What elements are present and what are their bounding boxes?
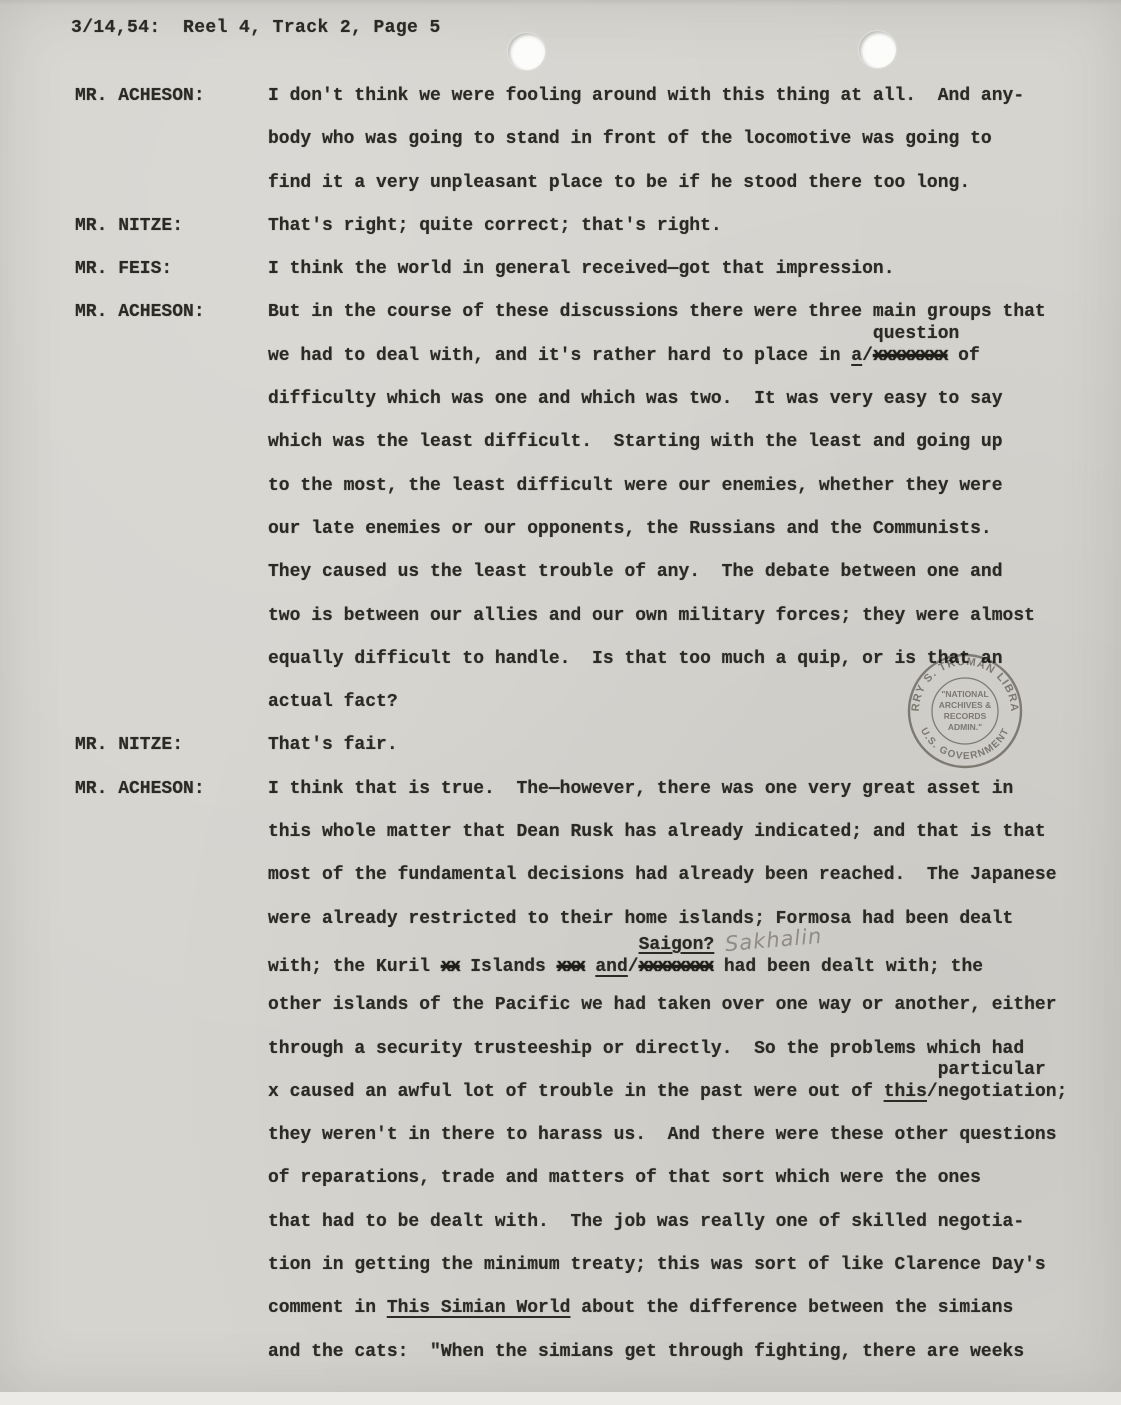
text-segment: particular [938, 1060, 1046, 1080]
line-text: most of the fundamental decisions had al… [268, 865, 1067, 908]
speaker-label: MR. ACHESON: [75, 779, 268, 822]
text-segment: and [595, 957, 627, 977]
text-segment: about the difference between the simians [570, 1298, 1013, 1318]
transcript-line: comment in This Simian World about the d… [75, 1298, 1067, 1341]
line-text: they weren't in there to harass us. And … [268, 1125, 1067, 1168]
text-segment: which was the least difficult. Starting … [268, 432, 1003, 452]
line-text: our late enemies or our opponents, the R… [268, 519, 1067, 562]
scanner-bed-strip [0, 1392, 1121, 1405]
speaker-label [75, 649, 268, 692]
transcript-line: tion in getting the minimum treaty; this… [75, 1255, 1067, 1298]
transcript-line: of reparations, trade and matters of tha… [75, 1168, 1067, 1211]
struck-out-text: xx [441, 957, 460, 977]
text-segment: / [862, 346, 873, 366]
text-segment: were already restricted to their home is… [268, 909, 1013, 929]
speaker-label [75, 952, 268, 995]
speaker-label: MR. ACHESON: [75, 302, 268, 345]
paper-sheet: 3/14,54: Reel 4, Track 2, Page 5 MR. ACH… [0, 0, 1121, 1392]
speaker-label [75, 692, 268, 735]
transcript-line: difficulty which was one and which was t… [75, 389, 1067, 432]
speaker-label [75, 562, 268, 605]
text-segment: had been dealt with; the [713, 957, 983, 977]
text-segment [714, 935, 725, 955]
line-text: tion in getting the minimum treaty; this… [268, 1255, 1067, 1298]
line-text: of reparations, trade and matters of tha… [268, 1168, 1067, 1211]
text-segment: that had to be dealt with. The job was r… [268, 1212, 1024, 1232]
speaker-label [75, 519, 268, 562]
speaker-label [75, 129, 268, 172]
text-segment: they weren't in there to harass us. And … [268, 1125, 1057, 1145]
transcript-line: find it a very unpleasant place to be if… [75, 173, 1067, 216]
line-text: find it a very unpleasant place to be if… [268, 173, 1067, 216]
speaker-label [75, 1255, 268, 1298]
text-segment [585, 957, 596, 977]
transcript-line: MR. NITZE:That's right; quite correct; t… [75, 216, 1067, 259]
text-segment: Islands [459, 957, 556, 977]
text-segment: of [947, 346, 979, 366]
speaker-label [75, 1212, 268, 1255]
punch-hole-left [508, 33, 545, 70]
struck-out-text: xxxxxxxx [873, 346, 947, 366]
text-segment: That's right; quite correct; that's righ… [268, 216, 722, 236]
text-segment: x caused an awful lot of trouble in the … [268, 1082, 884, 1102]
transcript-line: to the most, the least difficult were ou… [75, 476, 1067, 519]
transcript-line: other islands of the Pacific we had take… [75, 995, 1067, 1038]
speaker-label [75, 476, 268, 519]
text-segment: this whole matter that Dean Rusk has alr… [268, 822, 1046, 842]
line-text: which was the least difficult. Starting … [268, 432, 1067, 475]
text-segment: find it a very unpleasant place to be if… [268, 173, 970, 193]
line-text: They caused us the least trouble of any.… [268, 562, 1067, 605]
speaker-label [75, 606, 268, 649]
line-text: to the most, the least difficult were ou… [268, 476, 1067, 519]
text-segment: negotiation; [938, 1082, 1068, 1102]
text-segment: two is between our allies and our own mi… [268, 606, 1035, 626]
text-segment: most of the fundamental decisions had al… [268, 865, 1057, 885]
text-segment: I think the world in general received—go… [268, 259, 895, 279]
transcript-line: body who was going to stand in front of … [75, 129, 1067, 172]
transcript-line: MR. ACHESON:I don't think we were foolin… [75, 86, 1067, 129]
text-segment: actual fact? [268, 692, 398, 712]
text-segment: of reparations, trade and matters of tha… [268, 1168, 981, 1188]
line-text: I think the world in general received—go… [268, 259, 1067, 302]
struck-out-text: xxxxxxxx [639, 957, 713, 977]
text-segment: a [851, 346, 862, 366]
line-text: with; the Kuril xx Islands xxx and/Saigo… [268, 952, 1067, 995]
line-text: and the cats: "When the simians get thro… [268, 1342, 1067, 1385]
speaker-label [75, 1125, 268, 1168]
archives-stamp-icon: HARRY S. TRUMAN LIBRARY U.S. GOVERNMENT … [885, 631, 1045, 791]
text-segment: comment in [268, 1298, 387, 1318]
text-segment: difficulty which was one and which was t… [268, 389, 1003, 409]
speaker-label: MR. ACHESON: [75, 86, 268, 129]
transcript-line: which was the least difficult. Starting … [75, 432, 1067, 475]
transcript-line: through a security trusteeship or direct… [75, 1039, 1067, 1082]
text-segment: This Simian World [387, 1298, 571, 1318]
line-text: comment in This Simian World about the d… [268, 1298, 1067, 1341]
line-text: That's right; quite correct; that's righ… [268, 216, 1067, 259]
text-segment: our late enemies or our opponents, the R… [268, 519, 992, 539]
transcript-line: and the cats: "When the simians get thro… [75, 1342, 1067, 1385]
text-segment: body who was going to stand in front of … [268, 129, 992, 149]
text-segment: But in the course of these discussions t… [268, 302, 1046, 322]
speaker-label [75, 1039, 268, 1082]
text-segment: we had to deal with, and it's rather har… [268, 346, 851, 366]
speaker-label [75, 1342, 268, 1385]
text-segment: through a security trusteeship or direct… [268, 1039, 1024, 1059]
speaker-label: MR. NITZE: [75, 216, 268, 259]
speaker-label [75, 173, 268, 216]
text-segment: other islands of the Pacific we had take… [268, 995, 1057, 1015]
stamp-center-line: ARCHIVES & [939, 700, 991, 710]
transcript-line: x caused an awful lot of trouble in the … [75, 1082, 1067, 1125]
text-segment: They caused us the least trouble of any.… [268, 562, 1003, 582]
line-text: body who was going to stand in front of … [268, 129, 1067, 172]
transcript-line: most of the fundamental decisions had al… [75, 865, 1067, 908]
speaker-label [75, 432, 268, 475]
text-segment: to the most, the least difficult were ou… [268, 476, 1003, 496]
transcript-line: we had to deal with, and it's rather har… [75, 346, 1067, 389]
transcript-line: MR. FEIS:I think the world in general re… [75, 259, 1067, 302]
line-text: this whole matter that Dean Rusk has alr… [268, 822, 1067, 865]
stamp-center-line: "NATIONAL [941, 689, 988, 699]
transcript-line: that had to be dealt with. The job was r… [75, 1212, 1067, 1255]
speaker-label: MR. FEIS: [75, 259, 268, 302]
page-header: 3/14,54: Reel 4, Track 2, Page 5 [71, 18, 441, 38]
transcript-line: with; the Kuril xx Islands xxx and/Saigo… [75, 952, 1067, 995]
transcript-line: They caused us the least trouble of any.… [75, 562, 1067, 605]
text-segment: / [628, 957, 639, 977]
speaker-label [75, 995, 268, 1038]
line-text: difficulty which was one and which was t… [268, 389, 1067, 432]
line-text: we had to deal with, and it's rather har… [268, 346, 1067, 389]
text-segment: question [873, 324, 959, 344]
stamp-center-line: ADMIN." [948, 722, 982, 732]
punch-hole-right [859, 31, 896, 68]
transcript-line: this whole matter that Dean Rusk has alr… [75, 822, 1067, 865]
scanned-page: 3/14,54: Reel 4, Track 2, Page 5 MR. ACH… [0, 0, 1121, 1405]
stamp-center-line: RECORDS [944, 711, 987, 721]
speaker-label [75, 1298, 268, 1341]
line-text: x caused an awful lot of trouble in the … [268, 1082, 1067, 1125]
text-segment: That's fair. [268, 735, 398, 755]
text-segment: with; the Kuril [268, 957, 441, 977]
struck-out-text: xxx [557, 957, 585, 977]
text-segment: Saigon? [639, 935, 715, 955]
speaker-label [75, 389, 268, 432]
speaker-label [75, 822, 268, 865]
speaker-label: MR. NITZE: [75, 735, 268, 778]
speaker-label [75, 1168, 268, 1211]
text-segment: / [927, 1082, 938, 1102]
text-segment: I don't think we were fooling around wit… [268, 86, 1024, 106]
transcript-line: were already restricted to their home is… [75, 909, 1067, 952]
speaker-label [75, 1082, 268, 1125]
line-text: other islands of the Pacific we had take… [268, 995, 1067, 1038]
speaker-label [75, 346, 268, 389]
speaker-label [75, 909, 268, 952]
transcript-line: our late enemies or our opponents, the R… [75, 519, 1067, 562]
line-text: I don't think we were fooling around wit… [268, 86, 1067, 129]
text-segment: tion in getting the minimum treaty; this… [268, 1255, 1046, 1275]
text-segment: and the cats: "When the simians get thro… [268, 1342, 1024, 1362]
line-text: that had to be dealt with. The job was r… [268, 1212, 1067, 1255]
speaker-label [75, 865, 268, 908]
text-segment: this [884, 1082, 927, 1102]
transcript-line: they weren't in there to harass us. And … [75, 1125, 1067, 1168]
